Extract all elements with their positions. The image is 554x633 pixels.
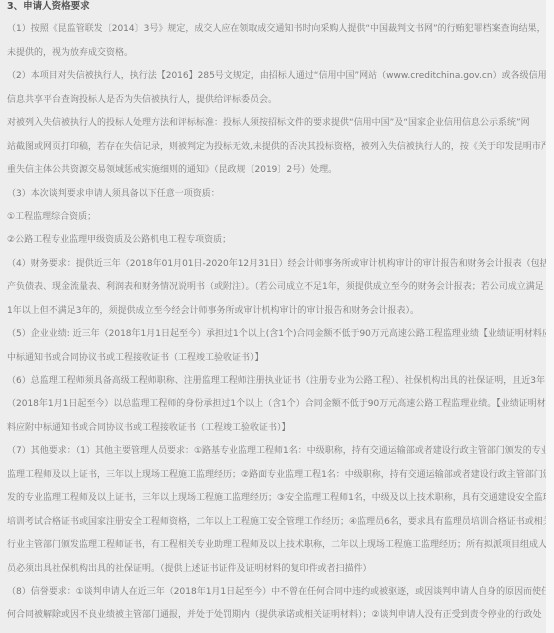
document-text-line: 重失信主体公共资源交易领域惩戒实施细则的通知》（昆政规〔2019〕2号）处理。 xyxy=(7,159,547,182)
page-right-gutter xyxy=(546,0,554,633)
document-body: 3、申请人资格要求（1）按照《昆监管联发〔2014〕3号》规定，成交人应在领取成… xyxy=(7,0,547,628)
document-text-line: 员必须出具社保机构出具的社保证明。（提供上述证书证件及证明材料的复印件或者扫描件… xyxy=(7,558,547,581)
document-text-line: （2018年1月1日起至今）以总监理工程师的身份承担过1个以上（含1个）合同金额… xyxy=(7,393,547,416)
document-page: 3、申请人资格要求（1）按照《昆监管联发〔2014〕3号》规定，成交人应在领取成… xyxy=(0,0,554,633)
document-text-line: （7）其他要求：（1）其他主要管理人员要求：①路基专业监理工程师1名：中级职称，… xyxy=(7,440,547,463)
document-text-line: （4）财务要求：提供近三年（2018年01月01日-2020年12月31日）经会… xyxy=(7,253,547,276)
document-text-line: ①工程监理综合资质； xyxy=(7,206,547,229)
document-text-line: （6）总监理工程师须具备高级工程师职称、注册监理工程师注册执业证书（注册专业为公… xyxy=(7,370,547,393)
document-text-line: 发的专业监理工程师及以上证书，三年以上现场工程施工监理经历；③安全监理工程师1名… xyxy=(7,487,547,510)
document-text-line: （1）按照《昆监管联发〔2014〕3号》规定，成交人应在领取成交通知书时向采购人… xyxy=(7,18,547,41)
document-text-line: （3）本次谈判要求申请人须具备以下任意一项资质： xyxy=(7,183,547,206)
document-text-line: 何合同被解除或因不良业绩被主管部门通报，并处于处罚期内（提供承诺或相关证明材料）… xyxy=(7,604,547,627)
document-text-line: 监理工程师及以上证书，三年以上现场工程施工监理经历；②路面专业监理工程1名：中级… xyxy=(7,464,547,487)
document-text-line: 信息共享平台查询投标人是否为失信被执行人，提供给评标委员会。 xyxy=(7,89,547,112)
section-heading: 3、申请人资格要求 xyxy=(7,0,547,18)
document-text-line: 产负债表、现金流量表、利润表和财务情况说明书（或附注）。（若公司成立不足1年，须… xyxy=(7,276,547,299)
document-text-line: ②公路工程专业监理甲级资质及公路机电工程专项资质； xyxy=(7,229,547,252)
document-text-line: 站截图或网页打印稿，若存在失信记录，则被判定为投标无效,未提供的否决其投标资格，… xyxy=(7,136,547,159)
document-text-line: 对被列入失信被执行人的投标人处理方法和评标标准：投标人须按招标文件的要求提供“信… xyxy=(7,112,547,135)
document-text-line: 1年以上但不满足3年的，须提供成立至今经会计师事务所或审计机构审计的审计报告和财… xyxy=(7,300,547,323)
document-text-line: （8）信誉要求：①谈判申请人在近三年（2018年1月1日起至今）中不曾在任何合同… xyxy=(7,581,547,604)
document-text-line: （2）本项目对失信被执行人，执行法【2016】285号文规定，由招标人通过“信用… xyxy=(7,65,547,88)
document-text-line: 培训考试合格证书或国家注册安全工程师资格，二年以上工程施工安全管理工作经历；④监… xyxy=(7,511,547,534)
document-text-line: 中标通知书或合同协议书或工程接收证书（工程竣工验收证书）】 xyxy=(7,347,547,370)
document-text-line: 料应附中标通知书或合同协议书或工程接收证书（工程竣工验收证书）】 xyxy=(7,417,547,440)
document-text-line: 未提供的，视为放弃成交资格。 xyxy=(7,42,547,65)
document-text-line: 行业主管部门颁发监理工程师证书，有工程相关专业助理工程师及以上技术职称，二年以上… xyxy=(7,534,547,557)
document-text-line: （5）企业业绩: 近三年（2018年1月1日起至今）承担过1个以上(含1个)合同… xyxy=(7,323,547,346)
